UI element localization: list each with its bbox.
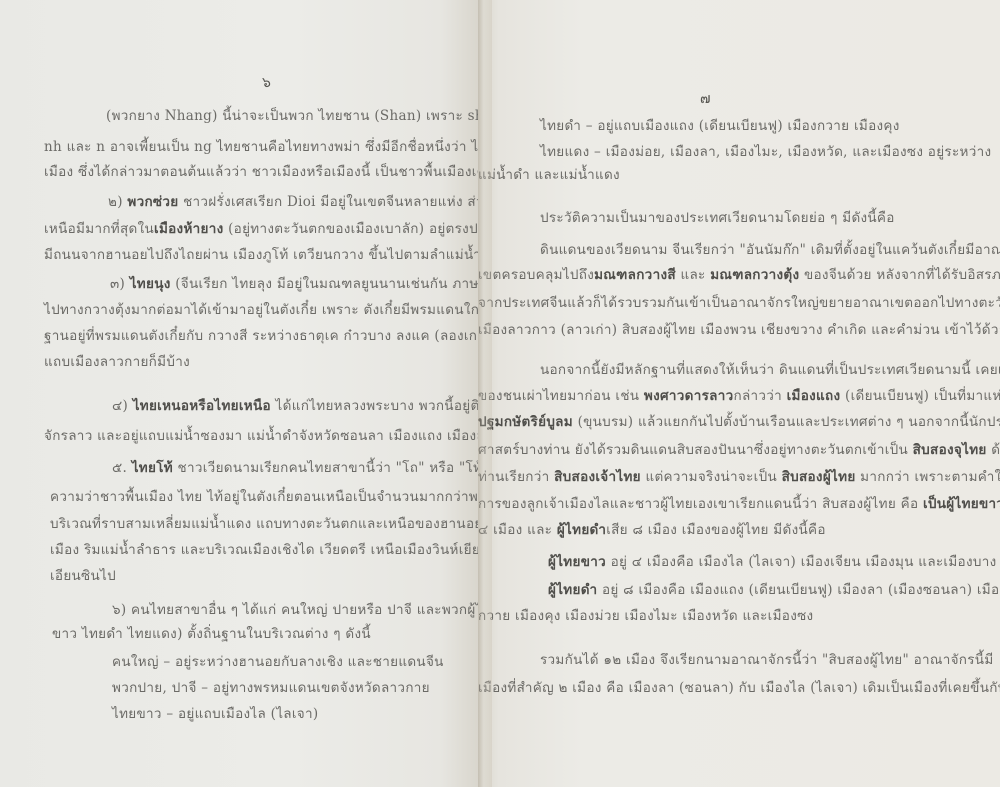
text-line: เมืองลาวกาว (ลาวเก่า) สิบสองผู้ไทย เมือง… <box>478 318 1000 340</box>
item-title: ไทยนุง <box>130 276 171 292</box>
person-name: ปฐมกษัตริย์บูลม <box>478 414 573 430</box>
place-name: มณฑลกวางตุ้ง <box>710 267 799 283</box>
text-line: การของลูกเจ้าเมืองไลและชาวผู้ไทยเองเขาเร… <box>478 492 1000 514</box>
text-line: เหนือมีมากที่สุดในเมืองห้ายาง (อยู่ทางตะ… <box>44 217 478 239</box>
list-item-2: ๒) พวกซ่วย ชาวฝรั่งเศสเรียก Dioi มีอยู่ใ… <box>108 190 478 212</box>
section-heading: ประวัติความเป็นมาของประเทศเวียดนามโดยย่อ… <box>540 206 895 228</box>
item-text: ได้แก่ไทยหลวงพระบาง พวกนี้อยู่ติดเขตราชอ… <box>276 398 478 414</box>
text-line: ไปทางกวางตุ้งมากต่อมาได้เข้ามาอยู่ในตังเ… <box>44 298 478 320</box>
text-line: ขาว ไทยดำ ไทยแดง) ตั้งถิ่นฐานในบริเวณต่า… <box>52 622 371 644</box>
item-number: ๒) <box>108 194 123 210</box>
text-line: ความว่าชาวพื้นเมือง ไทย ไท้อยู่ในตังเกี๋… <box>50 485 478 507</box>
text-line: เมือง ซึ่งได้กล่าวมาตอนต้นแล้วว่า ชาวเมื… <box>44 160 478 182</box>
text-line: เมือง ริมแม่น้ำลำธาร และบริเวณเมืองเชิงไ… <box>50 538 478 560</box>
item-text: คนไทยสาขาอื่น ๆ ได้แก่ คนใหญ่ ปายหรือ ปา… <box>131 602 478 618</box>
item-number: ๔) <box>112 398 128 414</box>
text-line: จากประเทศจีนแล้วก็ได้รวบรวมกันเข้าเป็นอา… <box>478 291 1000 313</box>
text-line: เขตครอบคลุมไปถึงมณฑลกวางสี และ มณฑลกวางต… <box>478 263 1000 285</box>
text-line: จักรลาว และอยู่แถบแม่น้ำซองมา แม่น้ำดำจั… <box>44 424 478 446</box>
item-text: ชาวเวียดนามเรียกคนไทยสาขานี้ว่า "โถ" หรื… <box>178 460 478 476</box>
item-title: พวกซ่วย <box>127 194 178 210</box>
item-title: ไทยเหนอหรือไทยเหนือ <box>133 398 271 414</box>
text-line: มีถนนจากฮานอยไปถึงไถยผ่าน เมืองภูโท้ เตว… <box>44 243 478 265</box>
text-line: เมืองที่สำคัญ ๒ เมือง คือ เมืองลา (ซอนลา… <box>478 676 1000 698</box>
page-number: ๗ <box>700 88 711 110</box>
text-line: บริเวณที่ราบสามเหลี่ยมแม่น้ำแดง แถบทางตะ… <box>50 512 478 534</box>
place-name: ผู้ไทยดำ <box>557 522 606 538</box>
page-number: ๖ <box>262 72 271 94</box>
group-title: ผู้ไทยขาว <box>548 554 606 570</box>
text-line: นอกจากนี้ยังมีหลักฐานที่แสดงให้เห็นว่า ด… <box>540 358 1000 380</box>
phuthai-white-line: ผู้ไทยขาว อยู่ ๔ เมืองคือ เมืองไล (ไลเจา… <box>548 550 997 572</box>
place-name: มณฑลกวางสี <box>594 267 676 283</box>
place-name: เมืองแถง <box>787 388 841 404</box>
left-page: ๖ (พวกยาง Nhang) นี้น่าจะเป็นพวก ไทยชาน … <box>0 0 478 787</box>
group-line: คนใหญ่ – อยู่ระหว่างฮานอยกับลางเชิง และช… <box>112 650 444 672</box>
right-page: ๗ ไทยดำ – อยู่แถบเมืองแถง (เดียนเบียนฟู)… <box>478 0 1000 787</box>
place-name: เป็นผู้ไทยขาวเสีย <box>923 496 1000 512</box>
text-line: เอียนซินไป <box>50 564 116 586</box>
text-line: ฐานอยู่ที่พรมแดนตังเกี๋ยกับ กวางสี ระหว่… <box>44 324 478 346</box>
text-line: แม่น้ำดำ และแม่น้ำแดง <box>478 163 620 185</box>
text-line: ปฐมกษัตริย์บูลม (ขุนบรม) แล้วแยกกันไปตั้… <box>478 410 1000 432</box>
text-line: แถบเมืองลาวกายก็มีบ้าง <box>44 350 190 372</box>
text-line: ของชนเผ่าไทยมาก่อน เช่น พงศาวดารลาวกล่าว… <box>478 384 1000 406</box>
group-line: ไทยขาว – อยู่แถบเมืองไล (ไลเจา) <box>112 702 318 724</box>
text-line: รวมกันได้ ๑๒ เมือง จึงเรียกนามอาณาจักรนี… <box>540 648 994 670</box>
list-item-6: ๖) คนไทยสาขาอื่น ๆ ได้แก่ คนใหญ่ ปายหรือ… <box>112 598 478 620</box>
item-text: (จีนเรียก ไทยลุง มีอยู่ในมณฑลยูนนานเช่นก… <box>175 276 478 292</box>
list-item-5: ๕. ไทยโท้ ชาวเวียดนามเรียกคนไทยสาขานี้ว่… <box>112 456 478 478</box>
list-item-3: ๓) ไทยนุง (จีนเรียก ไทยลุง มีอยู่ในมณฑลย… <box>110 272 478 294</box>
book-spread: ๖ (พวกยาง Nhang) นี้น่าจะเป็นพวก ไทยชาน … <box>0 0 1000 787</box>
text-line: ศาสตร์บางท่าน ยังได้รวมดินแดนสิบสองปันนา… <box>478 438 1000 460</box>
group-line: ไทยแดง – เมืองม่อย, เมืองลา, เมืองไมะ, เ… <box>540 140 991 162</box>
text-line: ดินแดนของเวียดนาม จีนเรียกว่า "อันนัมก๊ก… <box>540 238 1000 260</box>
text-line: nh และ n อาจเพี้ยนเป็น ng ไทยชานคือไทยทา… <box>44 135 478 157</box>
item-title: ไทยโท้ <box>132 460 173 476</box>
text-line: ท่านเรียกว่า สิบสองเจ้าไทย แต่ความจริงน่… <box>478 465 1000 487</box>
text-line: กวาย เมืองคุง เมืองม่วย เมืองไมะ เมืองหว… <box>478 604 813 626</box>
item-text: ชาวฝรั่งเศสเรียก Dioi มีอยู่ในเขตจีนหลาย… <box>183 194 478 210</box>
item-number: ๓) <box>110 276 125 292</box>
book-title: พงศาวดารลาว <box>644 388 734 404</box>
place-name: สิบสองจุไทย <box>913 442 987 458</box>
item-number: ๖) <box>112 602 126 618</box>
place-name: สิบสองเจ้าไทย <box>554 469 641 485</box>
group-title: ผู้ไทยดำ <box>548 582 597 598</box>
place-name: สิบสองผู้ไทย <box>782 469 856 485</box>
text-line: (พวกยาง Nhang) นี้น่าจะเป็นพวก ไทยชาน (S… <box>106 104 478 126</box>
item-number: ๕. <box>112 460 127 476</box>
group-line: พวกปาย, ปาจี – อยู่ทางพรหมแดนเขตจังหวัดล… <box>112 676 430 698</box>
text-line: ๔ เมือง และ ผู้ไทยดำเสีย ๘ เมือง เมืองขอ… <box>478 518 826 540</box>
group-line: ไทยดำ – อยู่แถบเมืองแถง (เดียนเบียนฟู) เ… <box>540 114 900 136</box>
list-item-4: ๔) ไทยเหนอหรือไทยเหนือ ได้แก่ไทยหลวงพระบ… <box>112 394 478 416</box>
phuthai-black-line: ผู้ไทยดำ อยู่ ๘ เมืองคือ เมืองแถง (เดียน… <box>548 578 1000 600</box>
place-name: เมืองห้ายาง <box>154 221 223 237</box>
